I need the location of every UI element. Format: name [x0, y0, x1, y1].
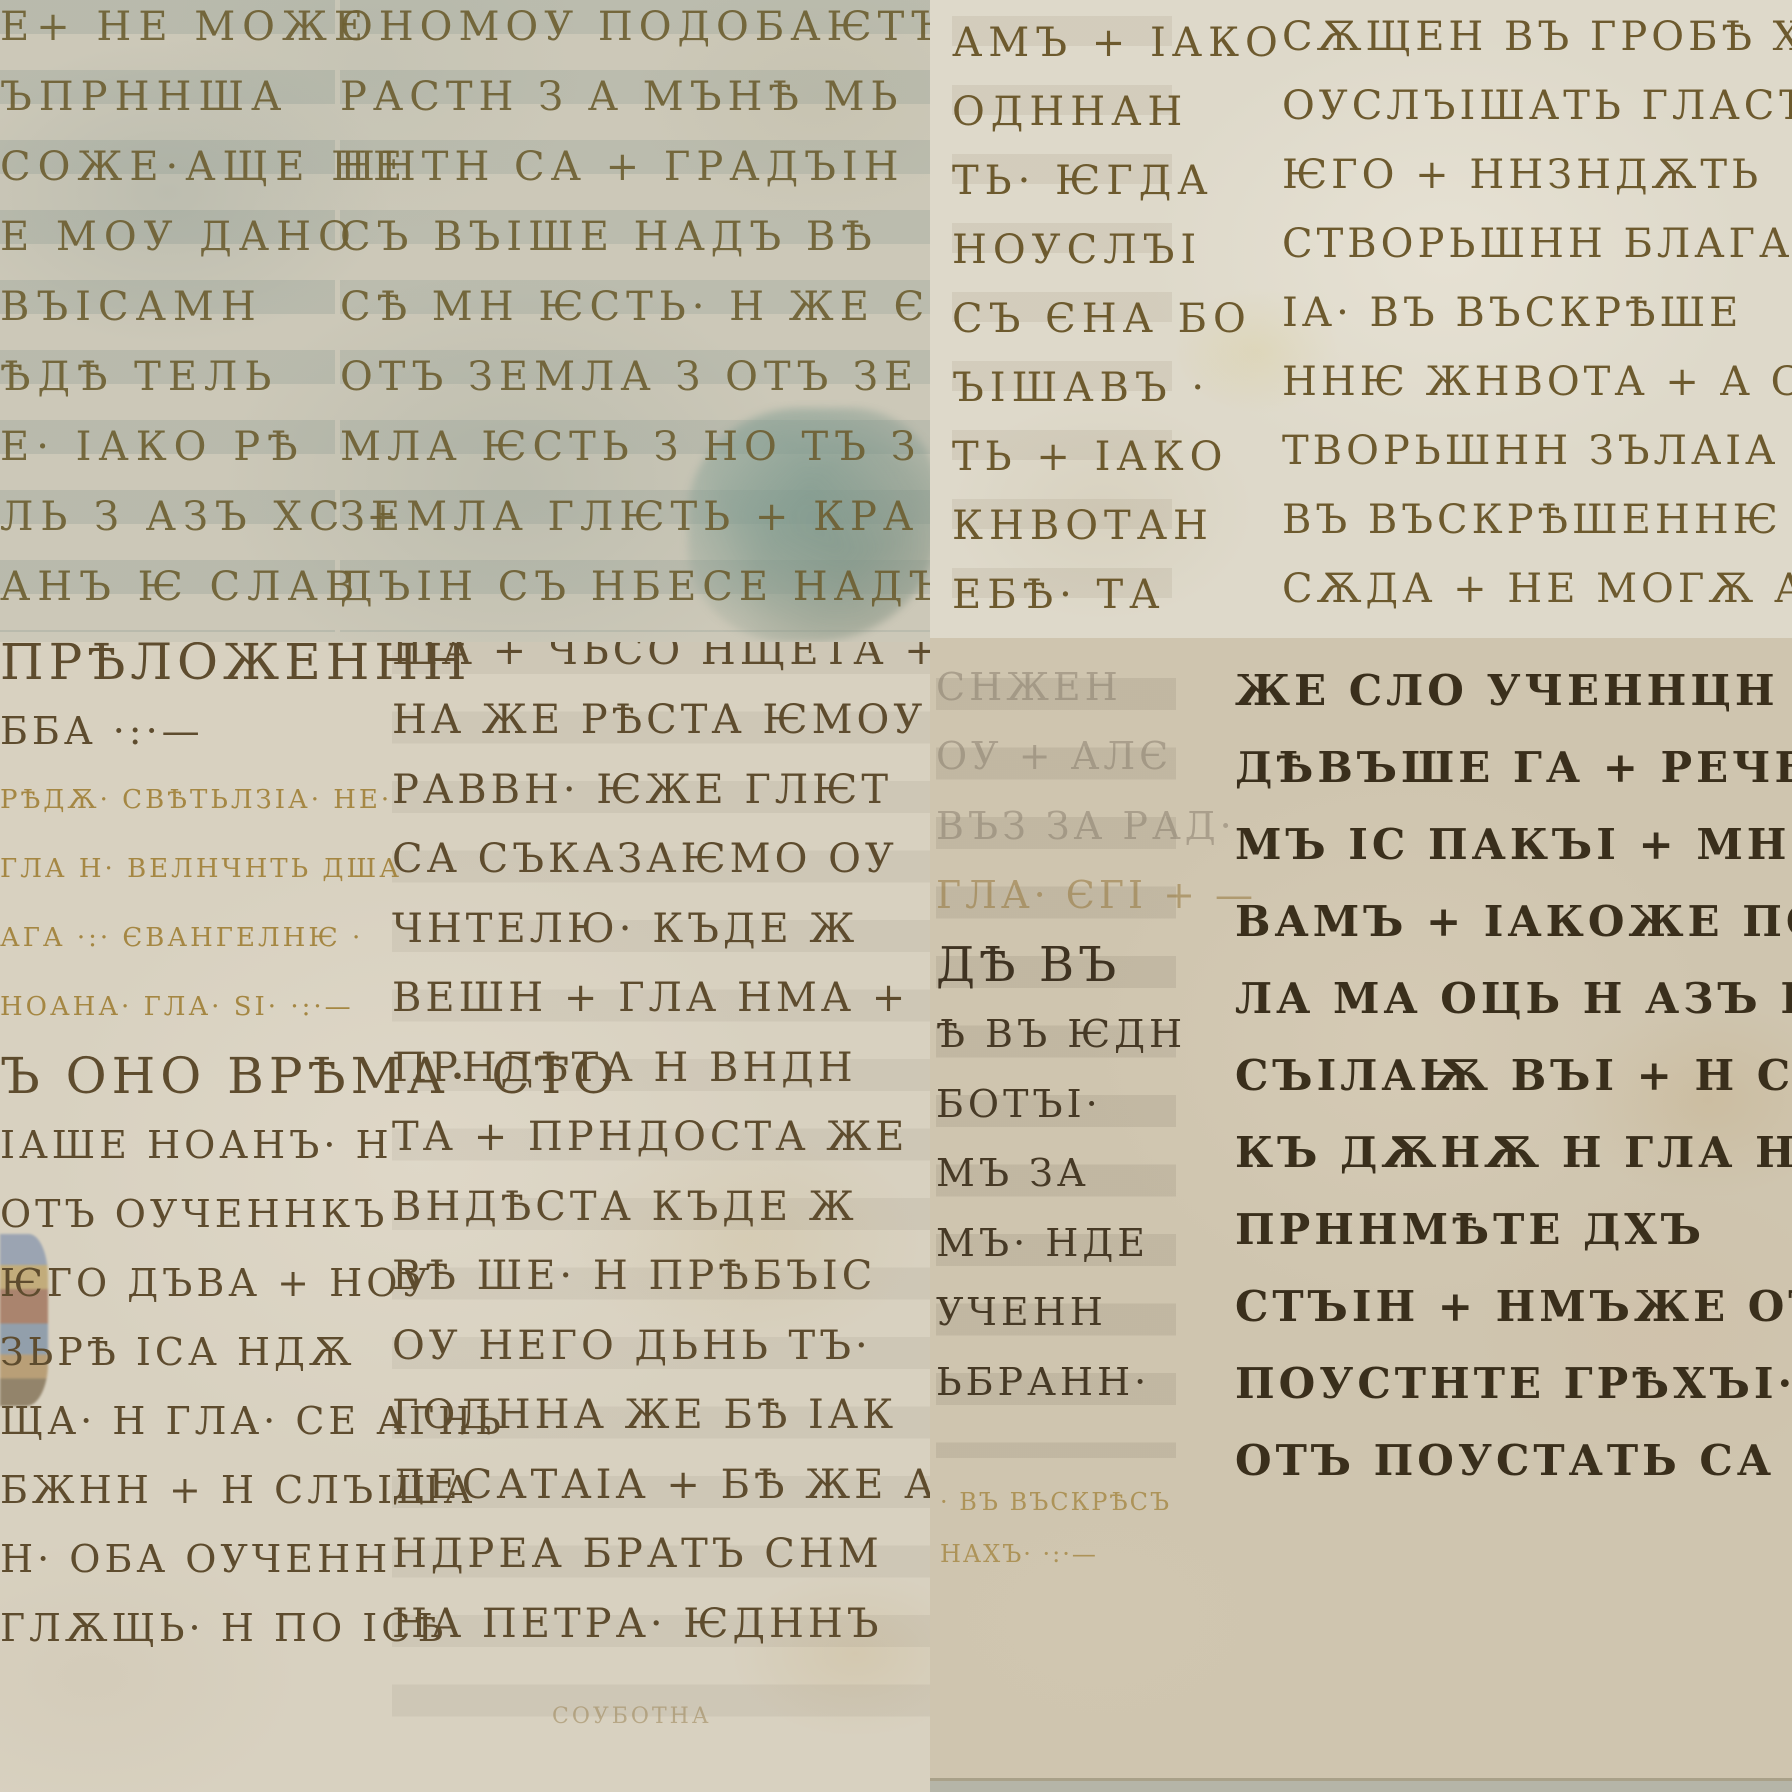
- text-line: ЕБѢ· ТА: [952, 560, 1170, 629]
- text-line: ТВОРЬШНН ЗЪЛАІА: [1282, 416, 1790, 485]
- text-line: ВѢ ШЕ· Н ПРѢБЪІС: [392, 1242, 930, 1312]
- text-line: ПРННМѢТЕ ДХЪ: [1235, 1191, 1791, 1268]
- text-line: ѤГО + ННЗНДѪТЬ: [1282, 140, 1790, 209]
- text-line: ГОДННА ЖЕ БѢ ІАК: [392, 1381, 930, 1451]
- text-line: СѪЩЕН ВЪ ГРОБѢ ХЪ·: [1282, 2, 1790, 71]
- text-line: ІА· ВЪ ВЪСКРѢШЕ: [1282, 278, 1790, 347]
- text-column-left: Е+ НЕ МОЖЕЪПРННШАСОЖЕ·АЩЕ НЕЕ МОУ ДАНОВЪ…: [0, 0, 335, 622]
- text-line: СѢ МН ѤСТЬ· Н ЖЕ Є: [340, 272, 930, 342]
- text-line: НОУСЛЪІ: [952, 215, 1170, 284]
- text-line: ДЪІН СЪ НБЕСЕ НАДЪ: [340, 552, 930, 622]
- text-line: ТА + ПРНДОСТА ЖЕ: [392, 1103, 930, 1173]
- text-line: ББА ·:·—: [0, 696, 340, 765]
- text-column-right: ША + ЧЬСО НЩЕТА +НА ЖЕ РѢСТА ѤМОУРАВВН· …: [392, 642, 930, 1659]
- manuscript-panel-top-left: Е+ НЕ МОЖЕЪПРННШАСОЖЕ·АЩЕ НЕЕ МОУ ДАНОВЪ…: [0, 0, 930, 642]
- text-line: ПРНДѢТА Н ВНДН: [392, 1033, 930, 1103]
- text-line: МЪ ЗА: [936, 1139, 1174, 1209]
- page-edge-strip: [930, 1781, 1792, 1792]
- text-line: НА ПЕТРА· ѤДННЪ: [392, 1589, 930, 1659]
- text-line: ЗЕМЛА ГЛѤТЬ + КРА: [340, 482, 930, 552]
- text-line: ОТЪ ОУЧЕННКЪ: [0, 1179, 340, 1248]
- text-line: ГЛА· ЄГІ + —: [936, 861, 1174, 931]
- text-line: ННТН СА + ГРАДЪІН: [340, 132, 930, 202]
- text-line: СЪІЛАѬ ВЪІ + Н СЕ РЕ: [1235, 1037, 1791, 1114]
- text-line: ОНОМОУ ПОДОБАѤТЪ З: [340, 0, 930, 62]
- text-line: ВЪ ВЪСКРѢШЕННѤ: [1282, 485, 1790, 554]
- text-line: ННѤ ЖНВОТА + А СЪ: [1282, 347, 1790, 416]
- faded-marginal-note: СОУБОТНА: [552, 1704, 712, 1729]
- text-line: ТЬ + ІАКО: [952, 422, 1170, 491]
- text-line: НАХЪ· ·:·—: [940, 1528, 1170, 1580]
- text-line: ДѢ ВЪ: [936, 930, 1174, 1000]
- text-line: СОЖЕ·АЩЕ НЕ: [0, 132, 335, 202]
- text-line: ВЕШН + ГЛА НМА +: [392, 964, 930, 1034]
- text-line: РАСТН З А МЪНѢ МЬ: [340, 62, 930, 132]
- text-line: ЬБРАНН·: [936, 1347, 1174, 1417]
- text-line: ВАМЪ + ІАКОЖЕ ПОСЪ: [1235, 883, 1791, 960]
- text-line: АНЪ Ѥ СЛАВ: [0, 552, 335, 622]
- text-line: КЪ ДѪНѪ Н ГЛА НМЪ +: [1235, 1114, 1791, 1191]
- text-line: РАВВН· ѤЖЕ ГЛѤТ: [392, 755, 930, 825]
- text-line: СА СЪКАЗАѤМО ОУ: [392, 825, 930, 895]
- text-line: Е· ІАКО РѢ: [0, 412, 335, 482]
- text-line: ЛЬ З АЗЪ ХС +: [0, 482, 335, 552]
- text-line: ОДННАН: [952, 77, 1170, 146]
- text-line: ОУСЛЪІШАТЬ ГЛАСЪ: [1282, 71, 1790, 140]
- text-column-right: СѪЩЕН ВЪ ГРОБѢ ХЪ·ОУСЛЪІШАТЬ ГЛАСЪѤГО + …: [1282, 2, 1790, 623]
- text-line: ІАШЕ НОАНЪ· Н: [0, 1110, 340, 1179]
- text-line: НОАНА· ГЛА· ЅІ· ·:·—: [0, 972, 340, 1041]
- text-line: ЩА· Н ГЛА· СЕ АГНЬ: [0, 1386, 340, 1455]
- text-line: ЖЕ СЛО УЧЕННЦН ВН: [1235, 652, 1791, 729]
- text-line: МЪ· НДЕ: [936, 1208, 1174, 1278]
- text-line: АГА ·:· ЄВАНГЕЛНѤ ·: [0, 903, 340, 972]
- text-line: ПОУСТНТЕ ГРѢХЪІ·: [1235, 1345, 1791, 1422]
- text-line: АМЪ + ІАКО: [952, 8, 1170, 77]
- text-line: ЗЬРѢ ІСА НДѪ: [0, 1317, 340, 1386]
- text-line: ѤГО ДЪВА + НОУ: [0, 1248, 340, 1317]
- text-line: ЪІШАВЪ ·: [952, 353, 1170, 422]
- text-line: ПРѢЛОЖЕННН: [0, 642, 340, 696]
- text-line: Ѣ ВЪ ѤДН: [936, 1000, 1174, 1070]
- text-line: ОТЪ ПОУСТАТЬ СА: [1235, 1422, 1791, 1499]
- text-line: ѢДѢ ТЕЛЬ: [0, 342, 335, 412]
- text-line: Н· ОБА ОУЧЕНН: [0, 1524, 340, 1593]
- manuscript-panel-bottom-left: ПРѢЛОЖЕНННББА ·:·—РѢДѪ· СВѢТЬЛЗІА· НЕ·ГЛ…: [0, 642, 930, 1792]
- text-line: ГЛА Н· ВЕЛНЧНТЬ ДША: [0, 834, 340, 903]
- text-line: ДѢВЪШЕ ГА + РЕЧЕН: [1235, 729, 1791, 806]
- text-line: ОУ + АЛЄ: [936, 722, 1174, 792]
- text-line: Е+ НЕ МОЖЕ: [0, 0, 335, 62]
- text-line: ЛА МА ОЦЬ Н АЗЪ ПО: [1235, 960, 1791, 1037]
- text-line: СТВОРЬШНН БЛАГА: [1282, 209, 1790, 278]
- text-line: ША + ЧЬСО НЩЕТА +: [392, 642, 930, 686]
- text-line: Ъ ОНО ВРѢМА· СТО: [0, 1041, 340, 1110]
- manuscript-panel-bottom-right: СНЖЕНОУ + АЛЄВЪЗ ЗА РАД·ГЛА· ЄГІ + —ДѢ В…: [930, 638, 1792, 1792]
- text-column-right: ОНОМОУ ПОДОБАѤТЪ ЗРАСТН З А МЪНѢ МЬННТН …: [340, 0, 930, 622]
- text-line: МЪ ІС ПАКЪІ + МНРЪ: [1235, 806, 1791, 883]
- text-line: ТЬ· ѤГДА: [952, 146, 1170, 215]
- text-line: БОТЪІ·: [936, 1069, 1174, 1139]
- text-line: ВНДѢСТА КЪДЕ Ж: [392, 1172, 930, 1242]
- text-line: ГЛѪЩЬ· Н ПО ІСѢ: [0, 1593, 340, 1662]
- text-line: ЪПРННША: [0, 62, 335, 132]
- text-line: ЧНТЕЛЮ· КЪДЕ Ж: [392, 894, 930, 964]
- text-line: СТЪІН + НМЪЖЕ ОТЪ: [1235, 1268, 1791, 1345]
- rubric-note: · ВЪ ВЪСКРѢСЪНАХЪ· ·:·—: [940, 1476, 1170, 1580]
- text-line: СНЖЕН: [936, 652, 1174, 722]
- text-line: ВЪІСАМН: [0, 272, 335, 342]
- text-line: МЛА ѤСТЬ З НО ТЪ З: [340, 412, 930, 482]
- manuscript-panel-top-right: АМЪ + ІАКООДННАНТЬ· ѤГДАНОУСЛЪІСЪ ЄНА БО…: [930, 0, 1792, 638]
- text-line: КНВОТАН: [952, 491, 1170, 560]
- text-line: ВЪЗ ЗА РАД·: [936, 791, 1174, 861]
- text-line: НА ЖЕ РѢСТА ѤМОУ: [392, 686, 930, 756]
- text-line: ОУ НЕГО ДЬНЬ ТЪ·: [392, 1311, 930, 1381]
- text-line: СѪДА + НЕ МОГѪ АЗЪ: [1282, 554, 1790, 623]
- text-line: БЖНН + Н СЛЪІША: [0, 1455, 340, 1524]
- text-line: ОТЪ ЗЕМЛА З ОТЪ ЗЕ: [340, 342, 930, 412]
- text-column-left: СНЖЕНОУ + АЛЄВЪЗ ЗА РАД·ГЛА· ЄГІ + —ДѢ В…: [936, 652, 1174, 1417]
- text-column-left: ПРѢЛОЖЕНННББА ·:·—РѢДѪ· СВѢТЬЛЗІА· НЕ·ГЛ…: [0, 642, 340, 1662]
- text-line: НДРЕА БРАТЪ СНМ: [392, 1520, 930, 1590]
- text-line: ДЕСАТАІА + БѢ ЖЕ А: [392, 1450, 930, 1520]
- manuscript-collage: Е+ НЕ МОЖЕЪПРННШАСОЖЕ·АЩЕ НЕЕ МОУ ДАНОВЪ…: [0, 0, 1792, 1792]
- text-line: СЪ ВЪІШЕ НАДЪ ВѢ: [340, 202, 930, 272]
- text-line: РѢДѪ· СВѢТЬЛЗІА· НЕ·: [0, 765, 340, 834]
- text-column-left: АМЪ + ІАКООДННАНТЬ· ѤГДАНОУСЛЪІСЪ ЄНА БО…: [952, 8, 1170, 629]
- text-column-right: ЖЕ СЛО УЧЕННЦН ВНДѢВЪШЕ ГА + РЕЧЕНМЪ ІС …: [1235, 652, 1791, 1499]
- text-line: СЪ ЄНА БО: [952, 284, 1170, 353]
- text-line: Е МОУ ДАНО: [0, 202, 335, 272]
- text-line: · ВЪ ВЪСКРѢСЪ: [940, 1476, 1170, 1528]
- text-line: УЧЕНН: [936, 1278, 1174, 1348]
